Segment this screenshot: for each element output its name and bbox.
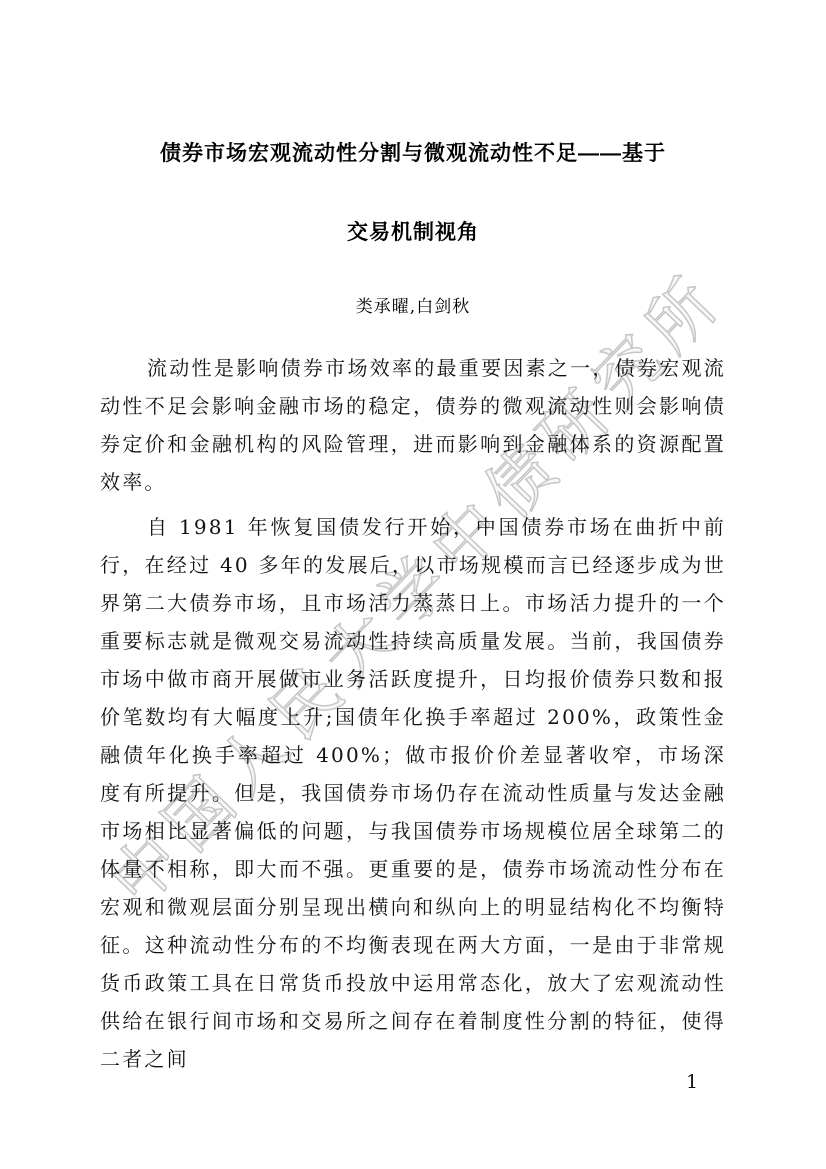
document-title-line-2: 交易机制视角	[100, 220, 726, 246]
paragraph-2: 自 1981 年恢复国债发行开始，中国债券市场在曲折中前行，在经过 40 多年的…	[100, 508, 726, 1078]
page-number: 1	[686, 1068, 698, 1096]
paragraph-1: 流动性是影响债券市场效率的最重要因素之一，债券宏观流动性不足会影响金融市场的稳定…	[100, 349, 726, 501]
document-page: 中国人民大学中债研究所 债券市场宏观流动性分割与微观流动性不足——基于 交易机制…	[0, 0, 826, 1169]
document-content: 债券市场宏观流动性分割与微观流动性不足——基于 交易机制视角 类承曜,白剑秋 流…	[100, 141, 726, 1078]
authors: 类承曜,白剑秋	[100, 296, 726, 318]
document-title-line-1: 债券市场宏观流动性分割与微观流动性不足——基于	[100, 141, 726, 167]
